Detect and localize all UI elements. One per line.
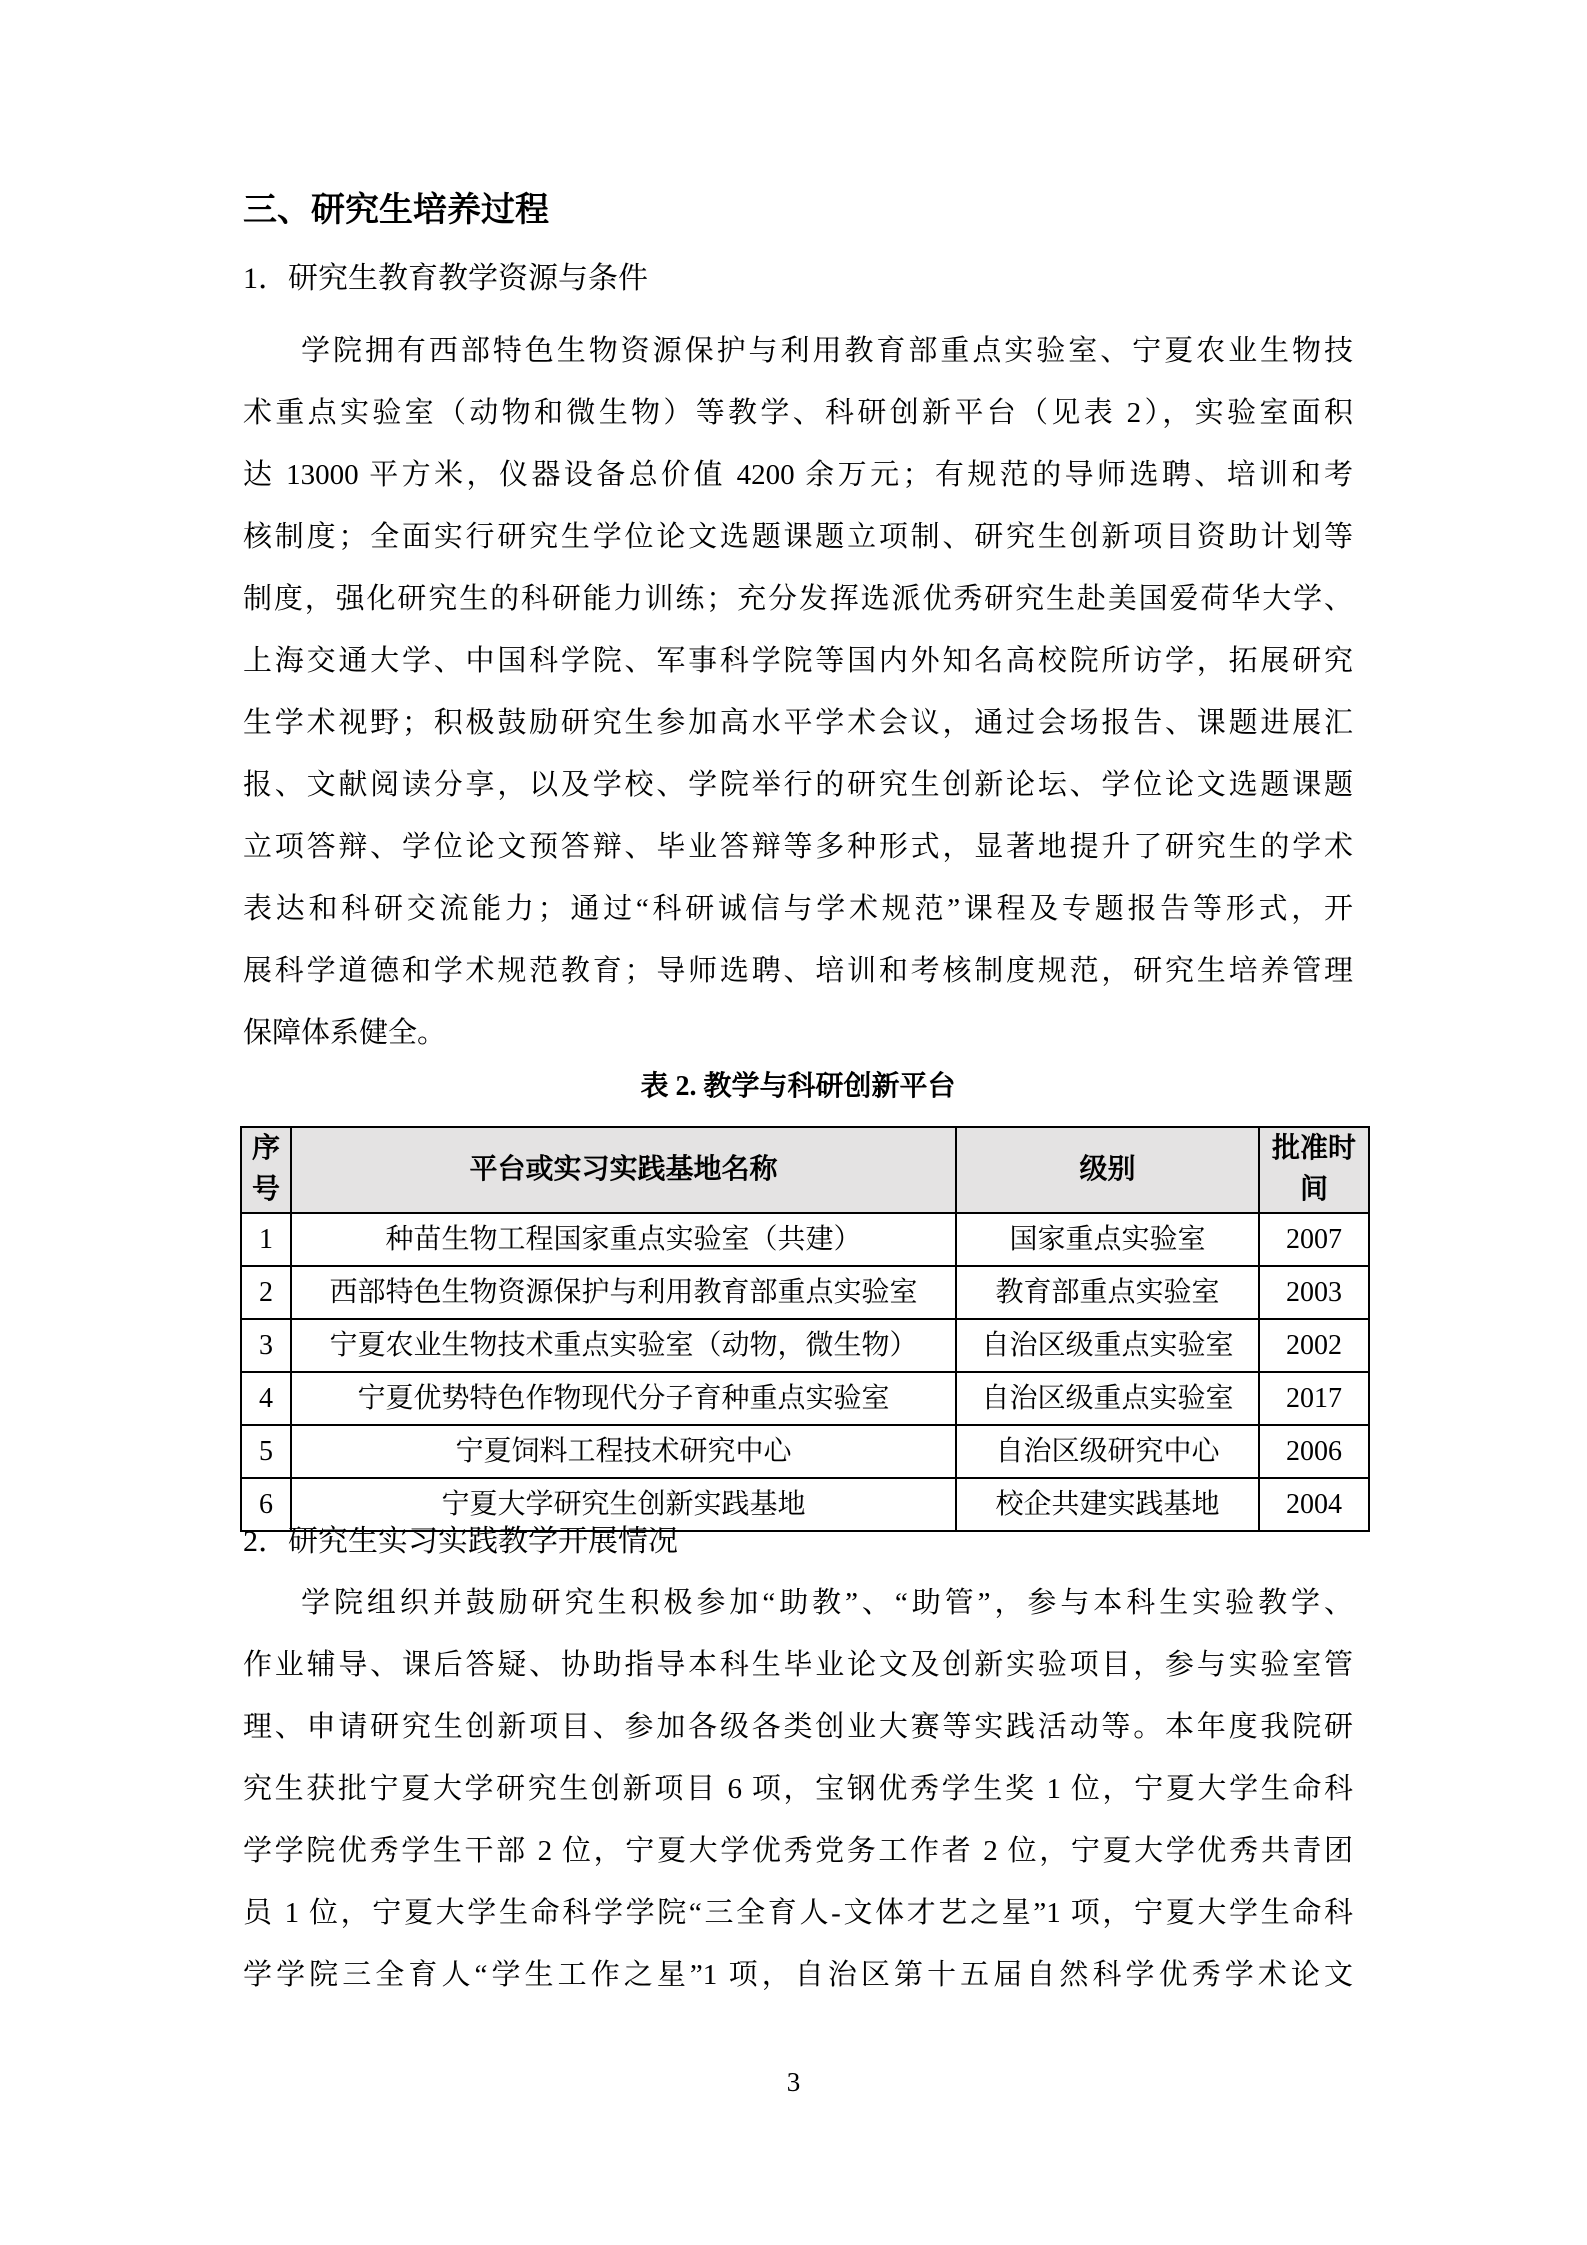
paragraph-line: 学院组织并鼓励研究生积极参加“助教”、“助管”，参与本科生实验教学、: [243, 1572, 1353, 1634]
table-cell: 1: [241, 1213, 291, 1266]
paragraph-line: 理、申请研究生创新项目、参加各级各类创业大赛等实践活动等。本年度我院研: [243, 1696, 1353, 1758]
table-row: 3宁夏农业生物技术重点实验室（动物，微生物）自治区级重点实验室2002: [241, 1319, 1369, 1372]
paragraph-line: 员 1 位，宁夏大学生命科学学院“三全育人-文体才艺之星”1 项，宁夏大学生命科: [243, 1882, 1353, 1944]
section-1-heading: 1．研究生教育教学资源与条件: [243, 261, 648, 297]
paragraph-line: 学学院三全育人“学生工作之星”1 项，自治区第十五届自然科学优秀学术论文: [243, 1944, 1353, 2006]
paragraph-2: 学院组织并鼓励研究生积极参加“助教”、“助管”，参与本科生实验教学、作业辅导、课…: [243, 1572, 1353, 2006]
page-title: 三、研究生培养过程: [243, 191, 549, 231]
paragraph-line: 保障体系健全。: [243, 1002, 1353, 1064]
paragraph-line: 学院拥有西部特色生物资源保护与利用教育部重点实验室、宁夏农业生物技: [243, 320, 1353, 382]
table-cell: 自治区级重点实验室: [956, 1319, 1259, 1372]
table-row: 2西部特色生物资源保护与利用教育部重点实验室教育部重点实验室2003: [241, 1266, 1369, 1319]
table-cell: 2006: [1259, 1425, 1369, 1478]
table-row: 5宁夏饲料工程技术研究中心自治区级研究中心2006: [241, 1425, 1369, 1478]
table-cell: 3: [241, 1319, 291, 1372]
table-cell: 5: [241, 1425, 291, 1478]
table-header-cell: 级别: [956, 1127, 1259, 1213]
table-cell: 西部特色生物资源保护与利用教育部重点实验室: [291, 1266, 956, 1319]
paragraph-1: 学院拥有西部特色生物资源保护与利用教育部重点实验室、宁夏农业生物技术重点实验室（…: [243, 320, 1353, 1064]
table-cell: 国家重点实验室: [956, 1213, 1259, 1266]
table-cell: 种苗生物工程国家重点实验室（共建）: [291, 1213, 956, 1266]
section-2-heading: 2．研究生实习实践教学开展情况: [243, 1524, 678, 1560]
paragraph-line: 核制度；全面实行研究生学位论文选题课题立项制、研究生创新项目资助计划等: [243, 506, 1353, 568]
paragraph-line: 达 13000 平方米，仪器设备总价值 4200 余万元；有规范的导师选聘、培训…: [243, 444, 1353, 506]
table-header-cell: 序号: [241, 1127, 291, 1213]
paragraph-line: 立项答辩、学位论文预答辩、毕业答辩等多种形式，显著地提升了研究生的学术: [243, 816, 1353, 878]
table-cell: 2007: [1259, 1213, 1369, 1266]
paragraph-line: 究生获批宁夏大学研究生创新项目 6 项，宝钢优秀学生奖 1 位，宁夏大学生命科: [243, 1758, 1353, 1820]
table-cell: 2004: [1259, 1478, 1369, 1531]
table-cell: 教育部重点实验室: [956, 1266, 1259, 1319]
paragraph-line: 上海交通大学、中国科学院、军事科学院等国内外知名高校院所访学，拓展研究: [243, 630, 1353, 692]
platform-table: 序号平台或实习实践基地名称级别批准时间 1种苗生物工程国家重点实验室（共建）国家…: [240, 1126, 1370, 1532]
table-cell: 宁夏农业生物技术重点实验室（动物，微生物）: [291, 1319, 956, 1372]
table-2-caption: 表 2. 教学与科研创新平台: [243, 1070, 1353, 1104]
table-body: 1种苗生物工程国家重点实验室（共建）国家重点实验室20072西部特色生物资源保护…: [241, 1213, 1369, 1531]
table-cell: 2017: [1259, 1372, 1369, 1425]
paragraph-line: 生学术视野；积极鼓励研究生参加高水平学术会议，通过会场报告、课题进展汇: [243, 692, 1353, 754]
paragraph-line: 展科学道德和学术规范教育；导师选聘、培训和考核制度规范，研究生培养管理: [243, 940, 1353, 1002]
table-cell: 宁夏优势特色作物现代分子育种重点实验室: [291, 1372, 956, 1425]
page-number: 3: [0, 2066, 1587, 2098]
table-cell: 4: [241, 1372, 291, 1425]
paragraph-line: 报、文献阅读分享，以及学校、学院举行的研究生创新论坛、学位论文选题课题: [243, 754, 1353, 816]
table-cell: 2: [241, 1266, 291, 1319]
table-header-row: 序号平台或实习实践基地名称级别批准时间: [241, 1127, 1369, 1213]
table-cell: 2003: [1259, 1266, 1369, 1319]
table-cell: 宁夏饲料工程技术研究中心: [291, 1425, 956, 1478]
table-cell: 自治区级研究中心: [956, 1425, 1259, 1478]
table-cell: 校企共建实践基地: [956, 1478, 1259, 1531]
table-cell: 2002: [1259, 1319, 1369, 1372]
paragraph-line: 作业辅导、课后答疑、协助指导本科生毕业论文及创新实验项目，参与实验室管: [243, 1634, 1353, 1696]
table-header-cell: 平台或实习实践基地名称: [291, 1127, 956, 1213]
document-page: { "document": { "title": "三、研究生培养过程", "p…: [0, 0, 1587, 2245]
paragraph-line: 表达和科研交流能力；通过“科研诚信与学术规范”课程及专题报告等形式，开: [243, 878, 1353, 940]
paragraph-line: 制度，强化研究生的科研能力训练；充分发挥选派优秀研究生赴美国爱荷华大学、: [243, 568, 1353, 630]
paragraph-line: 学学院优秀学生干部 2 位，宁夏大学优秀党务工作者 2 位，宁夏大学优秀共青团: [243, 1820, 1353, 1882]
table-row: 1种苗生物工程国家重点实验室（共建）国家重点实验室2007: [241, 1213, 1369, 1266]
table-header-cell: 批准时间: [1259, 1127, 1369, 1213]
paragraph-line: 术重点实验室（动物和微生物）等教学、科研创新平台（见表 2），实验室面积: [243, 382, 1353, 444]
table-cell: 自治区级重点实验室: [956, 1372, 1259, 1425]
table-row: 4宁夏优势特色作物现代分子育种重点实验室自治区级重点实验室2017: [241, 1372, 1369, 1425]
